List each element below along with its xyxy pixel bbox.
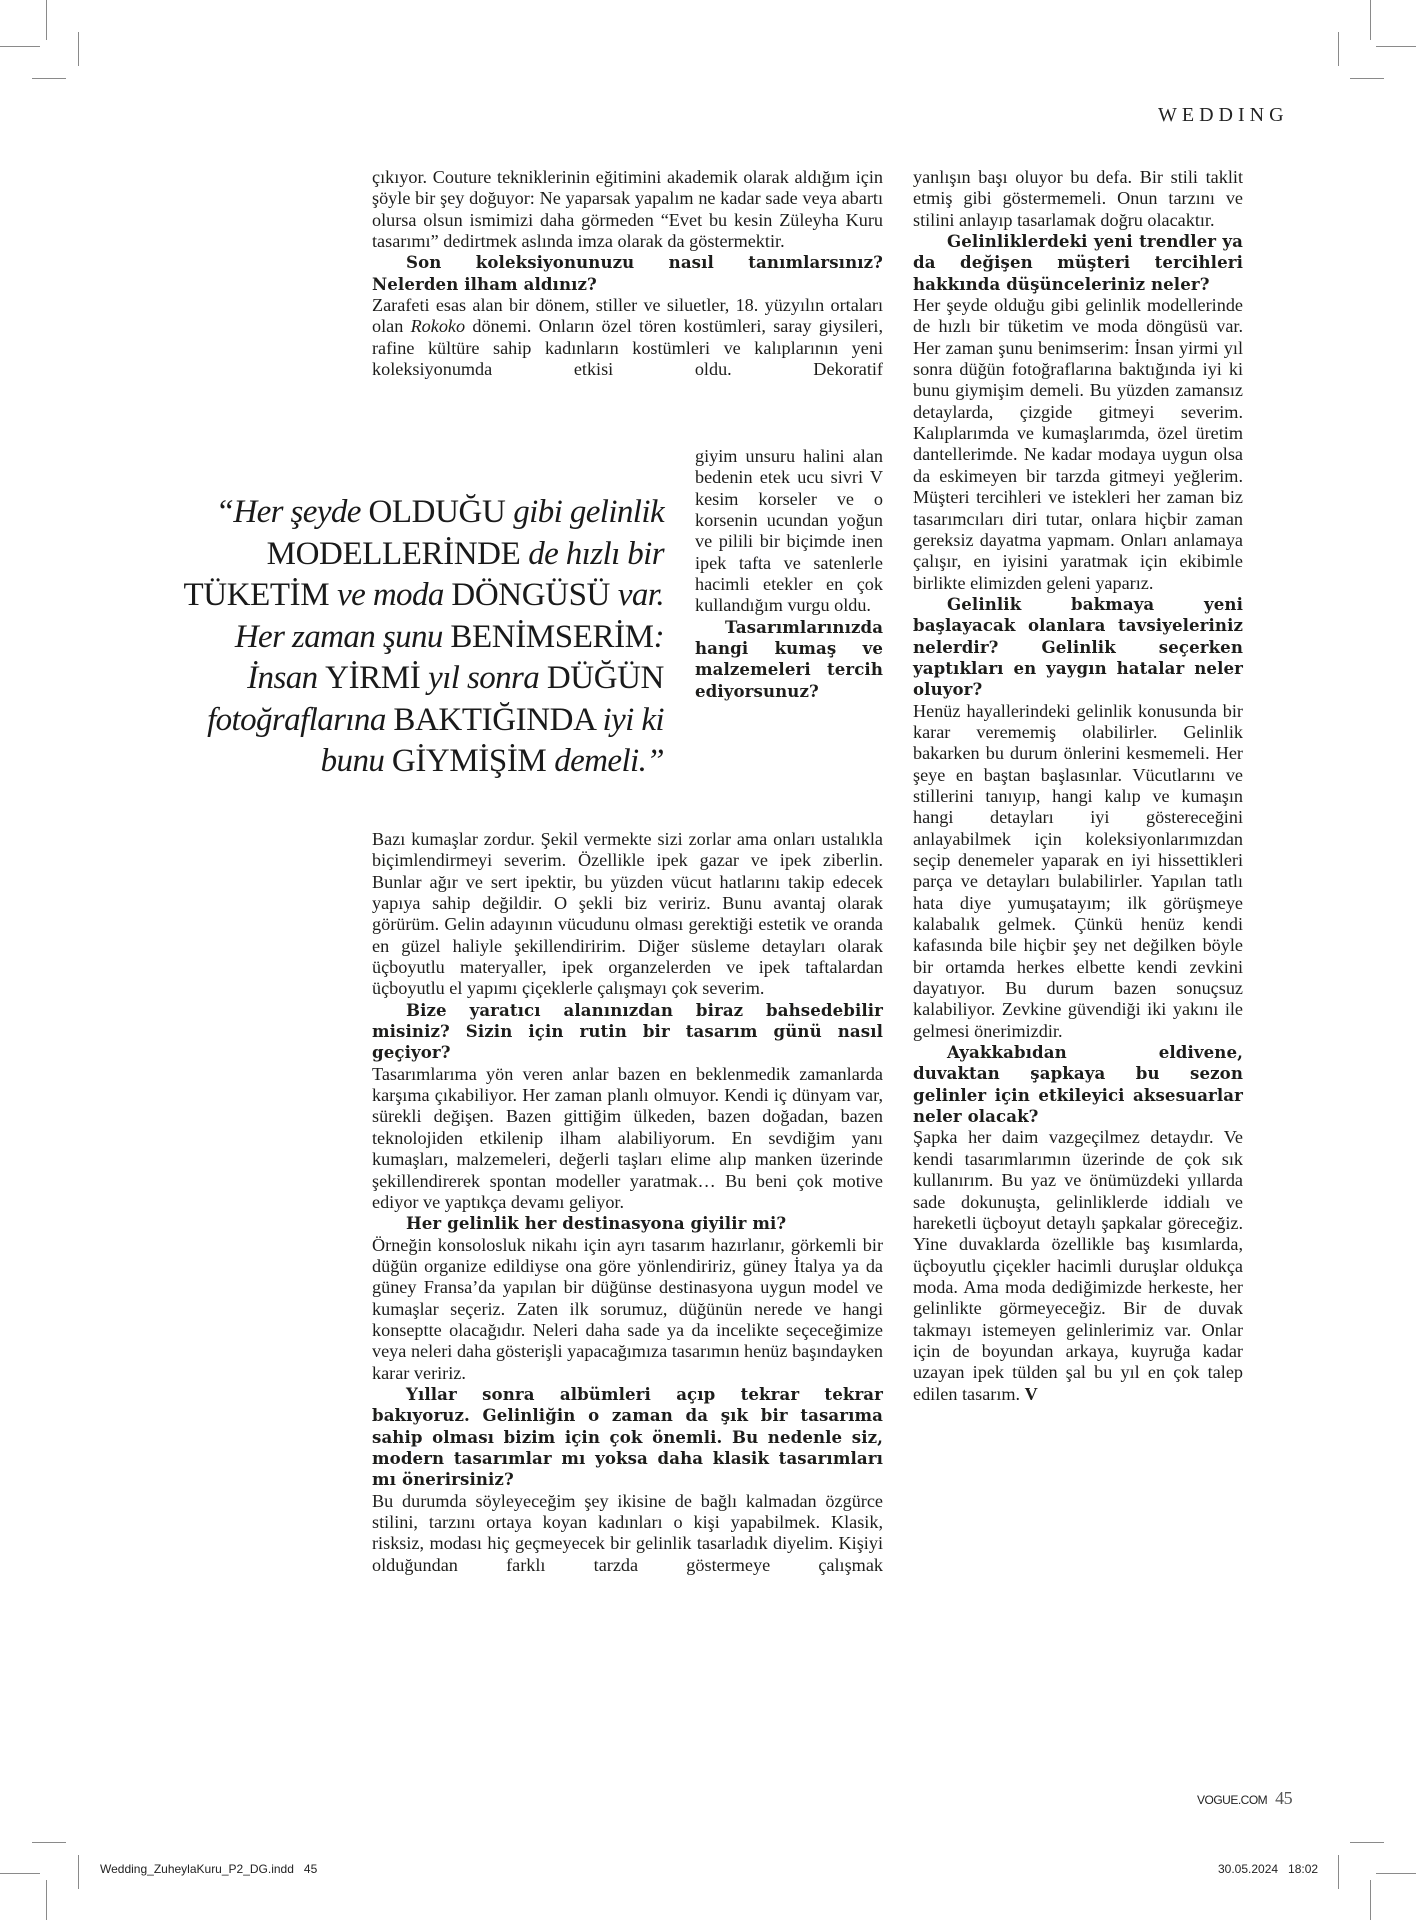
interview-question: Tasarımlarınızda hangi kumaş ve malzemel… xyxy=(695,617,883,702)
crop-mark xyxy=(46,1880,47,1920)
interview-question: Gelinliklerdeki yeni trendler ya da deği… xyxy=(913,231,1243,295)
body-paragraph: Zarafeti esas alan bir dönem, stiller ve… xyxy=(372,295,883,380)
body-paragraph: giyim unsuru halini alan bedenin etek uc… xyxy=(695,446,883,617)
bleed-mark xyxy=(1350,78,1384,79)
interview-question: Her gelinlik her destinasyona giyilir mi… xyxy=(372,1213,883,1234)
body-paragraph: Henüz hayallerindeki gelinlik konusunda … xyxy=(913,701,1243,1043)
body-paragraph: Tasarımlarıma yön veren anlar bazen en b… xyxy=(372,1064,883,1213)
pull-quote-line: fotoğraflarına BAKTIĞINDA iyi ki xyxy=(170,700,664,742)
interview-question: Bize yaratıcı alanınızdan biraz bahsedeb… xyxy=(372,1000,883,1064)
body-paragraph: Şapka her daim vazgeçilmez detaydır. Ve … xyxy=(913,1127,1243,1404)
bleed-mark xyxy=(32,1842,66,1843)
crop-mark xyxy=(1370,1880,1371,1920)
italic-term: Rokoko xyxy=(411,316,466,336)
article-column-top: çıkıyor. Couture tekniklerinin eğitimini… xyxy=(372,167,883,380)
article-column-right: yanlışın başı oluyor bu defa. Bir stili … xyxy=(913,167,1243,1405)
bleed-mark xyxy=(78,1855,79,1889)
crop-mark xyxy=(0,46,40,47)
interview-question: Gelinlik bakmaya yeni başlayacak olanlar… xyxy=(913,594,1243,701)
pull-quote-line: MODELLERİNDE de hızlı bir xyxy=(170,534,664,576)
pull-quote-line: TÜKETİM ve moda DÖNGÜSÜ var. xyxy=(170,575,664,617)
crop-mark xyxy=(0,1873,40,1874)
bleed-mark xyxy=(1338,1855,1339,1889)
article-column-narrow: giyim unsuru halini alan bedenin etek uc… xyxy=(695,446,883,702)
pull-quote-line: İnsan YİRMİ yıl sonra DÜĞÜN xyxy=(170,658,664,700)
section-label: WEDDING xyxy=(1158,104,1289,127)
body-paragraph: Her şeyde olduğu gibi gelinlik modelleri… xyxy=(913,295,1243,594)
slug-filename: Wedding_ZuheylaKuru_P2_DG.indd 45 xyxy=(100,1862,317,1876)
body-paragraph: çıkıyor. Couture tekniklerinin eğitimini… xyxy=(372,167,883,252)
crop-mark xyxy=(1376,46,1416,47)
folio-site: VOGUE.COM xyxy=(1197,1793,1267,1807)
crop-mark xyxy=(1370,0,1371,40)
interview-question: Son koleksiyonunuzu nasıl tanımlarsınız?… xyxy=(372,252,883,295)
interview-question: Ayakkabıdan eldivene, duvaktan şapkaya b… xyxy=(913,1042,1243,1127)
crop-mark xyxy=(1376,1873,1416,1874)
pull-quote-line: bunu GİYMİŞİM demeli.” xyxy=(170,741,664,783)
vogue-end-mark-icon: V xyxy=(1025,1384,1038,1404)
slug-timestamp: 30.05.2024 18:02 xyxy=(1218,1862,1318,1876)
bleed-mark xyxy=(78,32,79,66)
interview-question: Yıllar sonra albümleri açıp tekrar tekra… xyxy=(372,1384,883,1491)
body-paragraph: Bazı kumaşlar zordur. Şekil vermekte siz… xyxy=(372,829,883,1000)
body-paragraph: Örneğin konsolosluk nikahı için ayrı tas… xyxy=(372,1235,883,1384)
page-number: 45 xyxy=(1275,1788,1292,1808)
body-paragraph: yanlışın başı oluyor bu defa. Bir stili … xyxy=(913,167,1243,231)
bleed-mark xyxy=(1350,1842,1384,1843)
bleed-mark xyxy=(32,78,66,79)
bleed-mark xyxy=(1338,32,1339,66)
pull-quote: “Her şeyde OLDUĞU gibi gelinlikMODELLERİ… xyxy=(170,492,664,783)
pull-quote-line: “Her şeyde OLDUĞU gibi gelinlik xyxy=(170,492,664,534)
body-paragraph: Bu durumda söyleyeceğim şey ikisine de b… xyxy=(372,1491,883,1576)
crop-mark xyxy=(46,0,47,40)
page-folio: VOGUE.COM45 xyxy=(1197,1788,1292,1809)
pull-quote-line: Her zaman şunu BENİMSERİM: xyxy=(170,617,664,659)
article-column-bottom: Bazı kumaşlar zordur. Şekil vermekte siz… xyxy=(372,829,883,1576)
